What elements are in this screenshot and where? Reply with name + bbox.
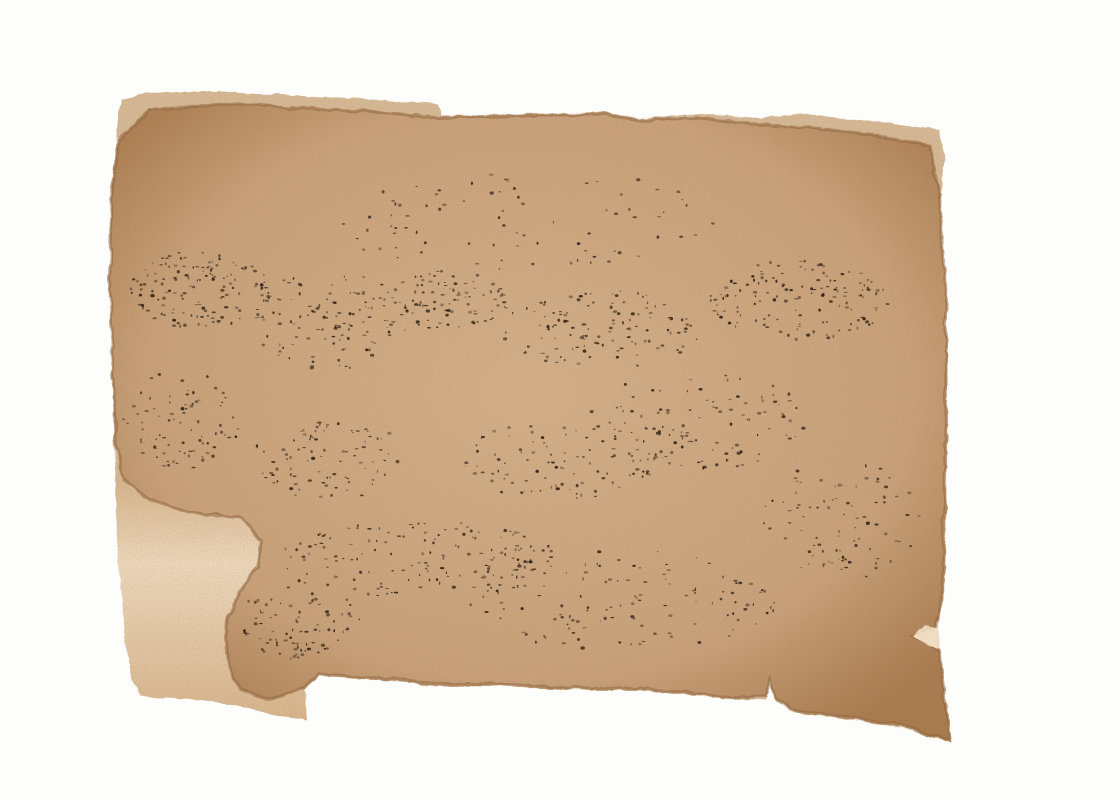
watercolor-stain-illustration (0, 0, 1120, 800)
stain-canvas (0, 0, 1120, 800)
paper-grain-texture (110, 92, 952, 742)
